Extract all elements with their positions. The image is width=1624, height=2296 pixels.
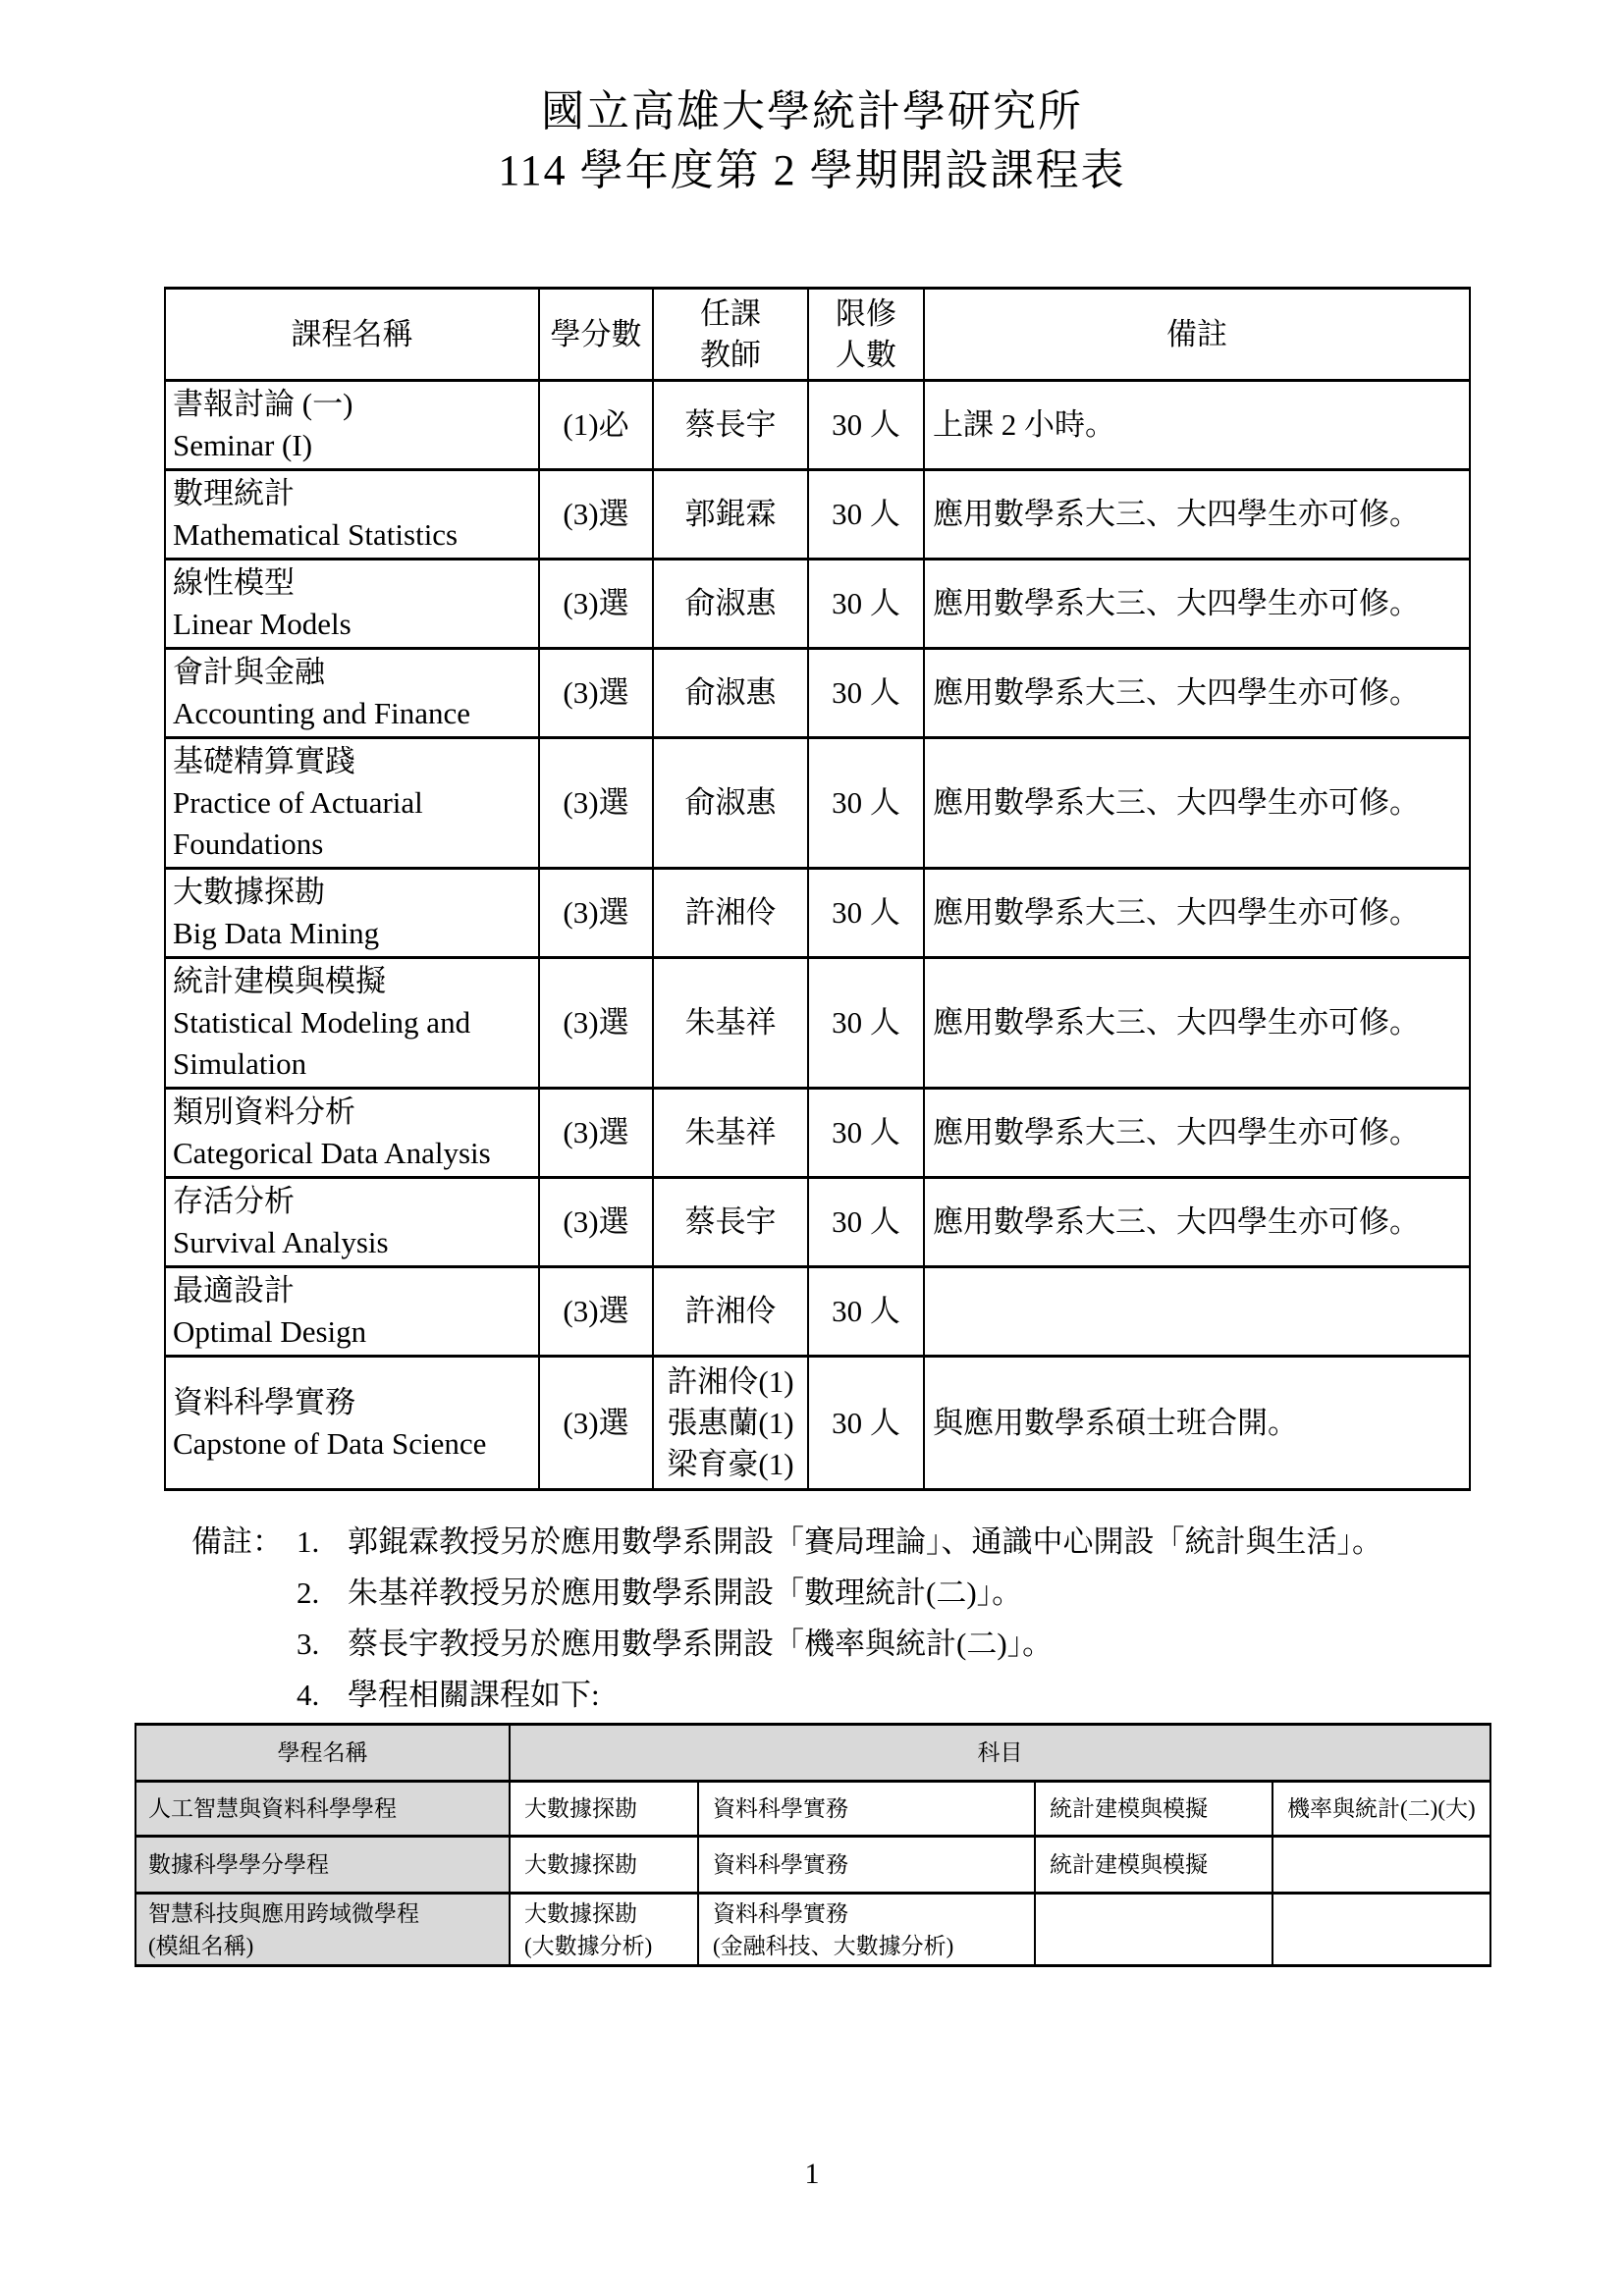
subject-cell: 大數據探勘 (大數據分析) xyxy=(510,1894,698,1966)
notes-items: 1. 郭錕霖教授另於應用數學系開設「賽局理論」、通識中心開設「統計與生活」。 2… xyxy=(297,1517,1624,1721)
header-limit-line2: 人數 xyxy=(811,335,921,376)
teacher-cell: 郭錕霖 xyxy=(653,470,808,560)
course-name-zh: 線性模型 xyxy=(173,562,534,604)
header-program-name: 學程名稱 xyxy=(135,1725,510,1782)
course-name-zh: 大數據探勘 xyxy=(173,872,534,913)
teacher-cell: 朱基祥 xyxy=(653,1089,808,1178)
note-item: 2. 朱基祥教授另於應用數學系開設「數理統計(二)」。 xyxy=(297,1568,1624,1619)
subject-cell xyxy=(1035,1894,1272,1966)
subject-cell: 統計建模與模擬 xyxy=(1035,1837,1272,1894)
course-name-zh: 基礎精算實踐 xyxy=(173,741,534,782)
subject-line: 大數據探勘 xyxy=(524,1848,697,1881)
teacher-cell: 蔡長宇 xyxy=(653,1178,808,1267)
course-name-zh: 存活分析 xyxy=(173,1181,534,1222)
subject-cell: 大數據探勘 xyxy=(510,1782,698,1837)
teacher-cell: 許湘伶 xyxy=(653,1267,808,1357)
course-name-cell: 線性模型 Linear Models xyxy=(165,560,539,649)
header-limit-line1: 限修 xyxy=(811,294,921,335)
credits-cell: (3)選 xyxy=(539,1089,653,1178)
subject-cell: 大數據探勘 xyxy=(510,1837,698,1894)
document-title-block: 國立高雄大學統計學研究所 114 學年度第 2 學期開設課程表 xyxy=(0,82,1624,200)
teacher-cell: 朱基祥 xyxy=(653,958,808,1089)
note-cell xyxy=(924,1267,1470,1357)
table-row: 智慧科技與應用跨域微學程 (模組名稱) 大數據探勘 (大數據分析) 資料科學實務… xyxy=(135,1894,1490,1966)
program-cell: 數據科學學分學程 xyxy=(135,1837,510,1894)
table-row: 存活分析 Survival Analysis (3)選 蔡長宇 30 人 應用數… xyxy=(165,1178,1470,1267)
credits-cell: (3)選 xyxy=(539,470,653,560)
limit-cell: 30 人 xyxy=(808,470,924,560)
subject-line: 資料科學實務 xyxy=(713,1792,1034,1825)
subject-line: 統計建模與模擬 xyxy=(1050,1848,1272,1881)
note-cell: 應用數學系大三、大四學生亦可修。 xyxy=(924,869,1470,958)
limit-cell: 30 人 xyxy=(808,1089,924,1178)
credits-cell: (3)選 xyxy=(539,1178,653,1267)
course-name-en: Optimal Design xyxy=(173,1311,534,1353)
course-name-cell: 大數據探勘 Big Data Mining xyxy=(165,869,539,958)
credits-cell: (1)必 xyxy=(539,381,653,470)
note-number: 2. xyxy=(297,1568,348,1619)
course-name-en: Accounting and Finance xyxy=(173,693,534,734)
course-name-zh: 數理統計 xyxy=(173,473,534,514)
course-name-cell: 基礎精算實踐 Practice of Actuarial Foundations xyxy=(165,738,539,869)
course-name-cell: 統計建模與模擬 Statistical Modeling and Simulat… xyxy=(165,958,539,1089)
program-line: 智慧科技與應用跨域微學程 xyxy=(148,1897,509,1930)
credits-cell: (3)選 xyxy=(539,1267,653,1357)
header-note: 備註 xyxy=(924,289,1470,381)
credits-cell: (3)選 xyxy=(539,958,653,1089)
table-row: 書報討論 (一) Seminar (I) (1)必 蔡長宇 30 人 上課 2 … xyxy=(165,381,1470,470)
limit-cell: 30 人 xyxy=(808,649,924,738)
subject-line: 機率與統計(二)(大) xyxy=(1287,1792,1489,1825)
header-course-name: 課程名稱 xyxy=(165,289,539,381)
credits-cell: (3)選 xyxy=(539,649,653,738)
subject-line: (金融科技、大數據分析) xyxy=(713,1930,1034,1962)
course-name-zh: 統計建模與模擬 xyxy=(173,961,534,1002)
note-item: 4. 學程相關課程如下: xyxy=(297,1670,1624,1721)
limit-cell: 30 人 xyxy=(808,1267,924,1357)
course-name-en: Seminar (I) xyxy=(173,425,534,466)
program-table: 學程名稱 科目 人工智慧與資料科學學程 大數據探勘 資料科學實務 統計建模與模擬… xyxy=(135,1723,1491,1967)
limit-cell: 30 人 xyxy=(808,958,924,1089)
subject-cell: 資料科學實務 (金融科技、大數據分析) xyxy=(698,1894,1035,1966)
header-subjects: 科目 xyxy=(510,1725,1490,1782)
course-name-cell: 最適設計 Optimal Design xyxy=(165,1267,539,1357)
teacher-cell: 許湘伶 xyxy=(653,869,808,958)
course-table: 課程名稱 學分數 任課 教師 限修 人數 備註 書報討論 (一) Seminar… xyxy=(164,287,1471,1491)
limit-cell: 30 人 xyxy=(808,1357,924,1490)
notes-label: 備註： xyxy=(191,1517,297,1568)
table-row: 數據科學學分學程 大數據探勘 資料科學實務 統計建模與模擬 xyxy=(135,1837,1490,1894)
subject-cell: 資料科學實務 xyxy=(698,1782,1035,1837)
subject-cell: 統計建模與模擬 xyxy=(1035,1782,1272,1837)
teacher-line: 許湘伶(1) xyxy=(656,1362,805,1403)
teacher-cell: 俞淑惠 xyxy=(653,649,808,738)
subject-line: (大數據分析) xyxy=(524,1930,697,1962)
header-teacher-line1: 任課 xyxy=(656,294,805,335)
limit-cell: 30 人 xyxy=(808,560,924,649)
program-line: 人工智慧與資料科學學程 xyxy=(148,1792,509,1825)
program-cell: 人工智慧與資料科學學程 xyxy=(135,1782,510,1837)
note-item: 1. 郭錕霖教授另於應用數學系開設「賽局理論」、通識中心開設「統計與生活」。 xyxy=(297,1517,1624,1568)
program-table-header-row: 學程名稱 科目 xyxy=(135,1725,1490,1782)
teacher-line: 張惠蘭(1) xyxy=(656,1403,805,1444)
table-row: 資料科學實務 Capstone of Data Science (3)選 許湘伶… xyxy=(165,1357,1470,1490)
subject-line: 統計建模與模擬 xyxy=(1050,1792,1272,1825)
subject-cell: 機率與統計(二)(大) xyxy=(1272,1782,1490,1837)
table-row: 數理統計 Mathematical Statistics (3)選 郭錕霖 30… xyxy=(165,470,1470,560)
teacher-cell: 俞淑惠 xyxy=(653,738,808,869)
note-cell: 上課 2 小時。 xyxy=(924,381,1470,470)
notes-section: 備註： 1. 郭錕霖教授另於應用數學系開設「賽局理論」、通識中心開設「統計與生活… xyxy=(191,1517,1624,1721)
note-text: 朱基祥教授另於應用數學系開設「數理統計(二)」。 xyxy=(348,1568,1022,1619)
limit-cell: 30 人 xyxy=(808,1178,924,1267)
subject-cell: 資料科學實務 xyxy=(698,1837,1035,1894)
subject-cell xyxy=(1272,1894,1490,1966)
document-title: 國立高雄大學統計學研究所 xyxy=(0,82,1624,141)
note-cell: 應用數學系大三、大四學生亦可修。 xyxy=(924,1089,1470,1178)
note-item: 3. 蔡長宇教授另於應用數學系開設「機率與統計(二)」。 xyxy=(297,1619,1624,1670)
course-name-zh: 資料科學實務 xyxy=(173,1382,534,1423)
limit-cell: 30 人 xyxy=(808,869,924,958)
course-name-en: Mathematical Statistics xyxy=(173,514,534,556)
course-name-en: Statistical Modeling and Simulation xyxy=(173,1002,534,1085)
table-row: 基礎精算實踐 Practice of Actuarial Foundations… xyxy=(165,738,1470,869)
course-name-en: Linear Models xyxy=(173,604,534,645)
course-name-en: Survival Analysis xyxy=(173,1222,534,1263)
table-row: 大數據探勘 Big Data Mining (3)選 許湘伶 30 人 應用數學… xyxy=(165,869,1470,958)
note-number: 3. xyxy=(297,1619,348,1670)
table-row: 最適設計 Optimal Design (3)選 許湘伶 30 人 xyxy=(165,1267,1470,1357)
note-text: 郭錕霖教授另於應用數學系開設「賽局理論」、通識中心開設「統計與生活」。 xyxy=(348,1517,1382,1568)
course-table-header-row: 課程名稱 學分數 任課 教師 限修 人數 備註 xyxy=(165,289,1470,381)
credits-cell: (3)選 xyxy=(539,738,653,869)
course-name-zh: 類別資料分析 xyxy=(173,1092,534,1133)
table-row: 會計與金融 Accounting and Finance (3)選 俞淑惠 30… xyxy=(165,649,1470,738)
program-cell: 智慧科技與應用跨域微學程 (模組名稱) xyxy=(135,1894,510,1966)
course-name-cell: 會計與金融 Accounting and Finance xyxy=(165,649,539,738)
course-name-zh: 最適設計 xyxy=(173,1270,534,1311)
limit-cell: 30 人 xyxy=(808,381,924,470)
document-subtitle: 114 學年度第 2 學期開設課程表 xyxy=(0,141,1624,200)
table-row: 人工智慧與資料科學學程 大數據探勘 資料科學實務 統計建模與模擬 機率與統計(二… xyxy=(135,1782,1490,1837)
course-name-en: Capstone of Data Science xyxy=(173,1423,534,1465)
header-limit: 限修 人數 xyxy=(808,289,924,381)
teacher-line: 梁育豪(1) xyxy=(656,1444,805,1485)
table-row: 線性模型 Linear Models (3)選 俞淑惠 30 人 應用數學系大三… xyxy=(165,560,1470,649)
course-name-zh: 書報討論 (一) xyxy=(173,384,534,425)
credits-cell: (3)選 xyxy=(539,560,653,649)
note-cell: 應用數學系大三、大四學生亦可修。 xyxy=(924,1178,1470,1267)
course-name-cell: 類別資料分析 Categorical Data Analysis xyxy=(165,1089,539,1178)
course-name-cell: 資料科學實務 Capstone of Data Science xyxy=(165,1357,539,1490)
course-name-cell: 數理統計 Mathematical Statistics xyxy=(165,470,539,560)
note-text: 學程相關課程如下: xyxy=(348,1670,600,1721)
note-cell: 應用數學系大三、大四學生亦可修。 xyxy=(924,560,1470,649)
course-name-en: Practice of Actuarial Foundations xyxy=(173,782,534,865)
subject-line: 資料科學實務 xyxy=(713,1897,1034,1930)
note-cell: 應用數學系大三、大四學生亦可修。 xyxy=(924,738,1470,869)
note-number: 1. xyxy=(297,1517,348,1568)
note-cell: 與應用數學系碩士班合開。 xyxy=(924,1357,1470,1490)
note-cell: 應用數學系大三、大四學生亦可修。 xyxy=(924,470,1470,560)
teacher-cell: 俞淑惠 xyxy=(653,560,808,649)
header-teacher-line2: 教師 xyxy=(656,335,805,376)
note-cell: 應用數學系大三、大四學生亦可修。 xyxy=(924,649,1470,738)
subject-line: 大數據探勘 xyxy=(524,1897,697,1930)
subject-line: 資料科學實務 xyxy=(713,1848,1034,1881)
teacher-cell: 蔡長宇 xyxy=(653,381,808,470)
subject-cell xyxy=(1272,1837,1490,1894)
course-name-cell: 書報討論 (一) Seminar (I) xyxy=(165,381,539,470)
note-cell: 應用數學系大三、大四學生亦可修。 xyxy=(924,958,1470,1089)
document-page: 國立高雄大學統計學研究所 114 學年度第 2 學期開設課程表 課程名稱 學分數… xyxy=(0,0,1624,1967)
table-row: 類別資料分析 Categorical Data Analysis (3)選 朱基… xyxy=(165,1089,1470,1178)
note-number: 4. xyxy=(297,1670,348,1721)
header-teacher: 任課 教師 xyxy=(653,289,808,381)
credits-cell: (3)選 xyxy=(539,1357,653,1490)
subject-line: 大數據探勘 xyxy=(524,1792,697,1825)
credits-cell: (3)選 xyxy=(539,869,653,958)
program-line: (模組名稱) xyxy=(148,1930,509,1962)
course-name-en: Categorical Data Analysis xyxy=(173,1133,534,1174)
program-line: 數據科學學分學程 xyxy=(148,1848,509,1881)
note-text: 蔡長宇教授另於應用數學系開設「機率與統計(二)」。 xyxy=(348,1619,1053,1670)
teacher-cell: 許湘伶(1) 張惠蘭(1) 梁育豪(1) xyxy=(653,1357,808,1490)
limit-cell: 30 人 xyxy=(808,738,924,869)
table-row: 統計建模與模擬 Statistical Modeling and Simulat… xyxy=(165,958,1470,1089)
header-credits: 學分數 xyxy=(539,289,653,381)
course-name-en: Big Data Mining xyxy=(173,913,534,954)
course-name-cell: 存活分析 Survival Analysis xyxy=(165,1178,539,1267)
page-number: 1 xyxy=(0,2158,1624,2191)
course-name-zh: 會計與金融 xyxy=(173,652,534,693)
